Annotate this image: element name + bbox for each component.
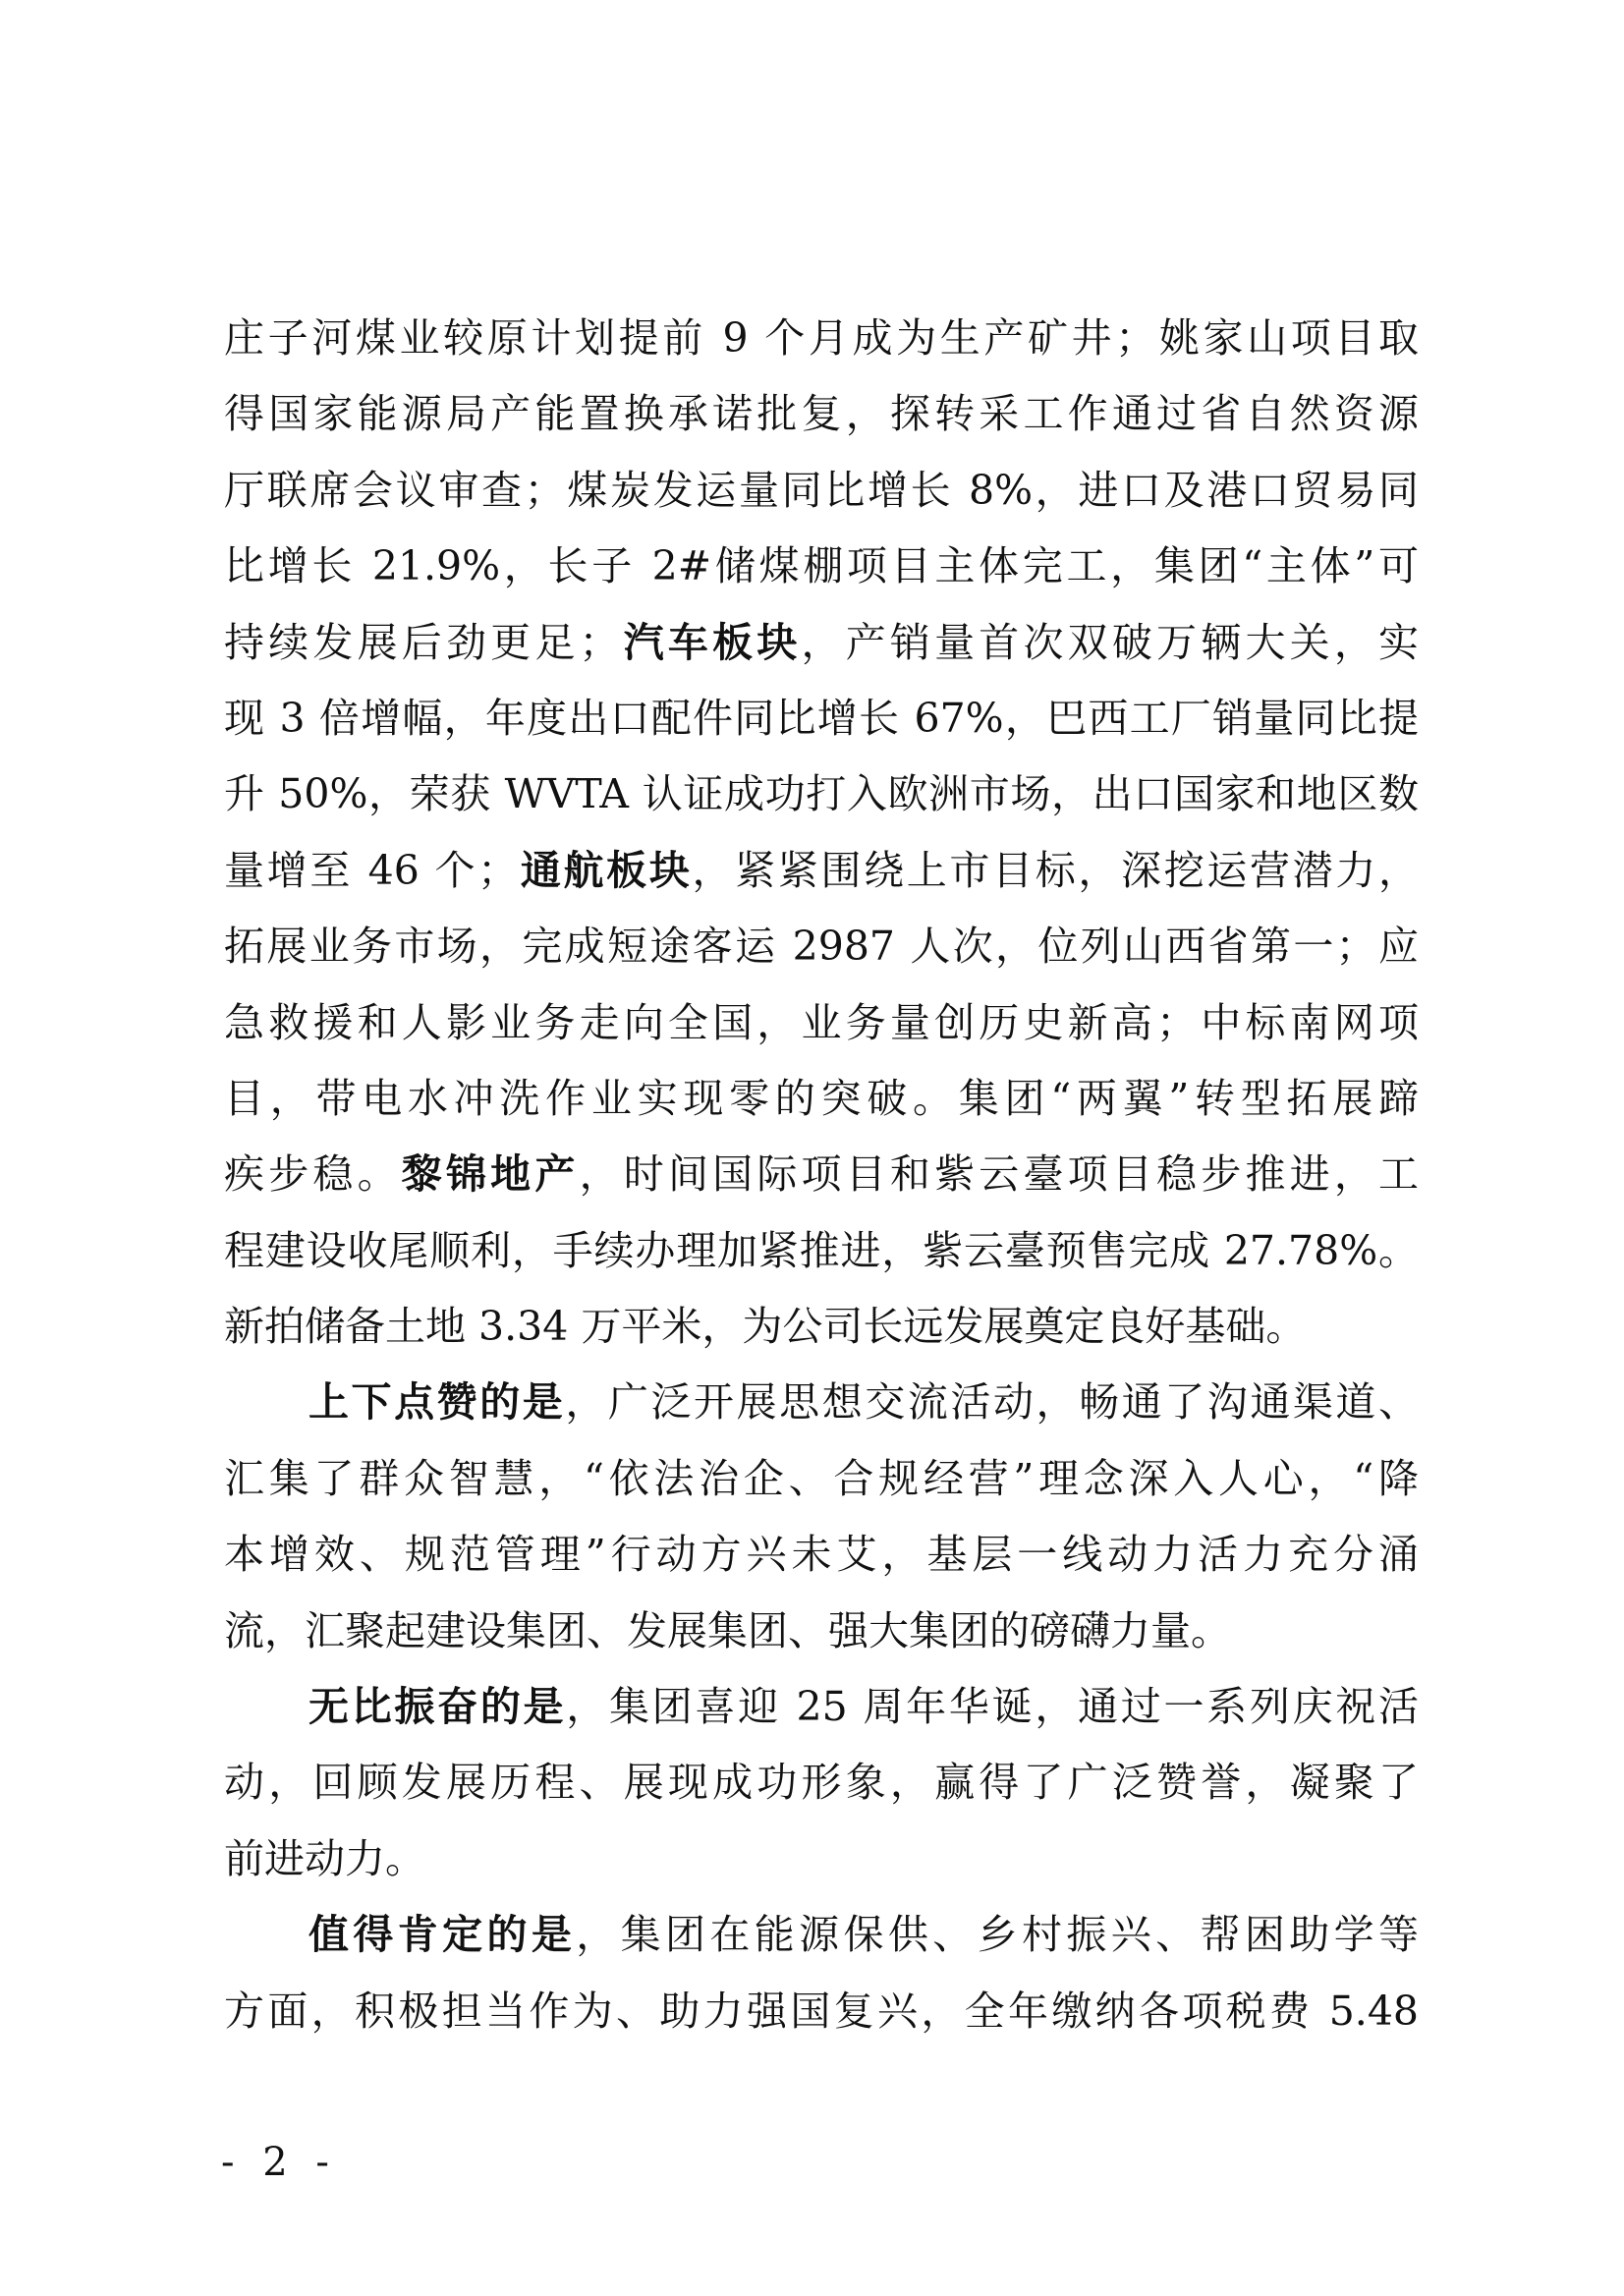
text-line: 持续发展后劲更足；汽车板块，产销量首次双破万辆大关，实: [224, 605, 1419, 681]
text-line: 急救援和人影业务走向全国，业务量创历史新高；中标南网项: [224, 985, 1419, 1061]
text-line: 流，汇聚起建设集团、发展集团、强大集团的磅礴力量。: [224, 1594, 1419, 1669]
bold-heading-phrase: 汽车板块: [620, 619, 802, 666]
text-run: ，集团喜迎 25 周年华诞，通过一系列庆祝活: [566, 1683, 1419, 1730]
text-line: 比增长 21.9%，长子 2#储煤棚项目主体完工，集团“主体”可: [224, 529, 1419, 604]
bold-heading-phrase: 无比振奋的是: [308, 1683, 566, 1730]
text-line: 本增效、规范管理”行动方兴未艾，基层一线动力活力充分涌: [224, 1517, 1419, 1593]
bold-heading-phrase: 通航板块: [518, 847, 692, 894]
text-line: 现 3 倍增幅，年度出口配件同比增长 67%，巴西工厂销量同比提: [224, 681, 1419, 756]
text-run: ，集团在能源保供、乡村振兴、帮困助学等: [576, 1911, 1419, 1958]
text-line: 前进动力。: [224, 1821, 1419, 1897]
body-text: 庄子河煤业较原计划提前 9 个月成为生产矿井；姚家山项目取得国家能源局产能置换承…: [224, 301, 1419, 2049]
text-run: 比增长 21.9%，长子 2#储煤棚项目主体完工，集团“主体”可: [224, 542, 1419, 589]
text-run: 升 50%，荣获 WVTA 认证成功打入欧洲市场，出口国家和地区数: [224, 770, 1419, 817]
text-run: 动，回顾发展历程、展现成功形象，赢得了广泛赞誉，凝聚了: [224, 1759, 1419, 1806]
text-line: 程建设收尾顺利，手续办理加紧推进，紫云臺预售完成 27.78%。: [224, 1213, 1419, 1289]
text-run: 方面，积极担当作为、助力强国复兴，全年缴纳各项税费 5.48: [224, 1988, 1419, 2035]
bold-heading-phrase: 黎锦地产: [402, 1150, 580, 1198]
text-line: 汇集了群众智慧，“依法治企、合规经营”理念深入人心，“降: [224, 1441, 1419, 1517]
text-line: 方面，积极担当作为、助力强国复兴，全年缴纳各项税费 5.48: [224, 1974, 1419, 2049]
text-line: 无比振奋的是，集团喜迎 25 周年华诞，通过一系列庆祝活: [224, 1669, 1419, 1745]
text-run: 流，汇聚起建设集团、发展集团、强大集团的磅礴力量。: [224, 1607, 1231, 1654]
text-run: 得国家能源局产能置换承诺批复，探转采工作通过省自然资源: [224, 390, 1419, 437]
text-run: ，广泛开展思想交流活动，畅通了沟通渠道、: [565, 1378, 1419, 1426]
text-line: 庄子河煤业较原计划提前 9 个月成为生产矿井；姚家山项目取: [224, 301, 1419, 376]
text-line: 拓展业务市场，完成短途客运 2987 人次，位列山西省第一；应: [224, 909, 1419, 984]
text-run: 现 3 倍增幅，年度出口配件同比增长 67%，巴西工厂销量同比提: [224, 695, 1419, 742]
bold-heading-phrase: 上下点赞的是: [308, 1378, 565, 1426]
text-run: 量增至 46 个；: [224, 847, 518, 894]
text-line: 新拍储备土地 3.34 万平米，为公司长远发展奠定良好基础。: [224, 1289, 1419, 1365]
text-line: 动，回顾发展历程、展现成功形象，赢得了广泛赞誉，凝聚了: [224, 1745, 1419, 1820]
text-run: 本增效、规范管理”行动方兴未艾，基层一线动力活力充分涌: [224, 1531, 1419, 1578]
text-run: 厅联席会议审查；煤炭发运量同比增长 8%，进口及港口贸易同: [224, 467, 1419, 514]
text-run: 拓展业务市场，完成短途客运 2987 人次，位列山西省第一；应: [224, 923, 1419, 970]
text-line: 量增至 46 个；通航板块，紧紧围绕上市目标，深挖运营潜力，: [224, 833, 1419, 909]
text-run: 急救援和人影业务走向全国，业务量创历史新高；中标南网项: [224, 999, 1419, 1046]
text-run: 程建设收尾顺利，手续办理加紧推进，紫云臺预售完成 27.78%。: [224, 1227, 1419, 1274]
text-run: 疾步稳。: [224, 1150, 402, 1198]
text-line: 上下点赞的是，广泛开展思想交流活动，畅通了沟通渠道、: [224, 1365, 1419, 1440]
text-run: 前进动力。: [224, 1835, 425, 1882]
text-run: ，时间国际项目和紫云臺项目稳步推进，工: [580, 1150, 1419, 1198]
text-line: 得国家能源局产能置换承诺批复，探转采工作通过省自然资源: [224, 376, 1419, 452]
document-page: 庄子河煤业较原计划提前 9 个月成为生产矿井；姚家山项目取得国家能源局产能置换承…: [0, 0, 1624, 2296]
text-run: 新拍储备土地 3.34 万平米，为公司长远发展奠定良好基础。: [224, 1303, 1306, 1350]
text-line: 值得肯定的是，集团在能源保供、乡村振兴、帮困助学等: [224, 1897, 1419, 1973]
text-line: 疾步稳。黎锦地产，时间国际项目和紫云臺项目稳步推进，工: [224, 1137, 1419, 1212]
text-run: ，紧紧围绕上市目标，深挖运营潜力，: [692, 847, 1419, 894]
page-number: - 2 -: [221, 2140, 337, 2185]
text-run: ，产销量首次双破万辆大关，实: [802, 619, 1420, 666]
text-line: 厅联席会议审查；煤炭发运量同比增长 8%，进口及港口贸易同: [224, 453, 1419, 529]
text-line: 升 50%，荣获 WVTA 认证成功打入欧洲市场，出口国家和地区数: [224, 756, 1419, 832]
text-line: 目，带电水冲洗作业实现零的突破。集团“两翼”转型拓展蹄: [224, 1061, 1419, 1137]
text-run: 庄子河煤业较原计划提前 9 个月成为生产矿井；姚家山项目取: [224, 314, 1419, 362]
text-run: 持续发展后劲更足；: [224, 619, 620, 666]
text-run: 汇集了群众智慧，“依法治企、合规经营”理念深入人心，“降: [224, 1455, 1419, 1502]
bold-heading-phrase: 值得肯定的是: [308, 1911, 576, 1958]
text-run: 目，带电水冲洗作业实现零的突破。集团“两翼”转型拓展蹄: [224, 1075, 1419, 1122]
